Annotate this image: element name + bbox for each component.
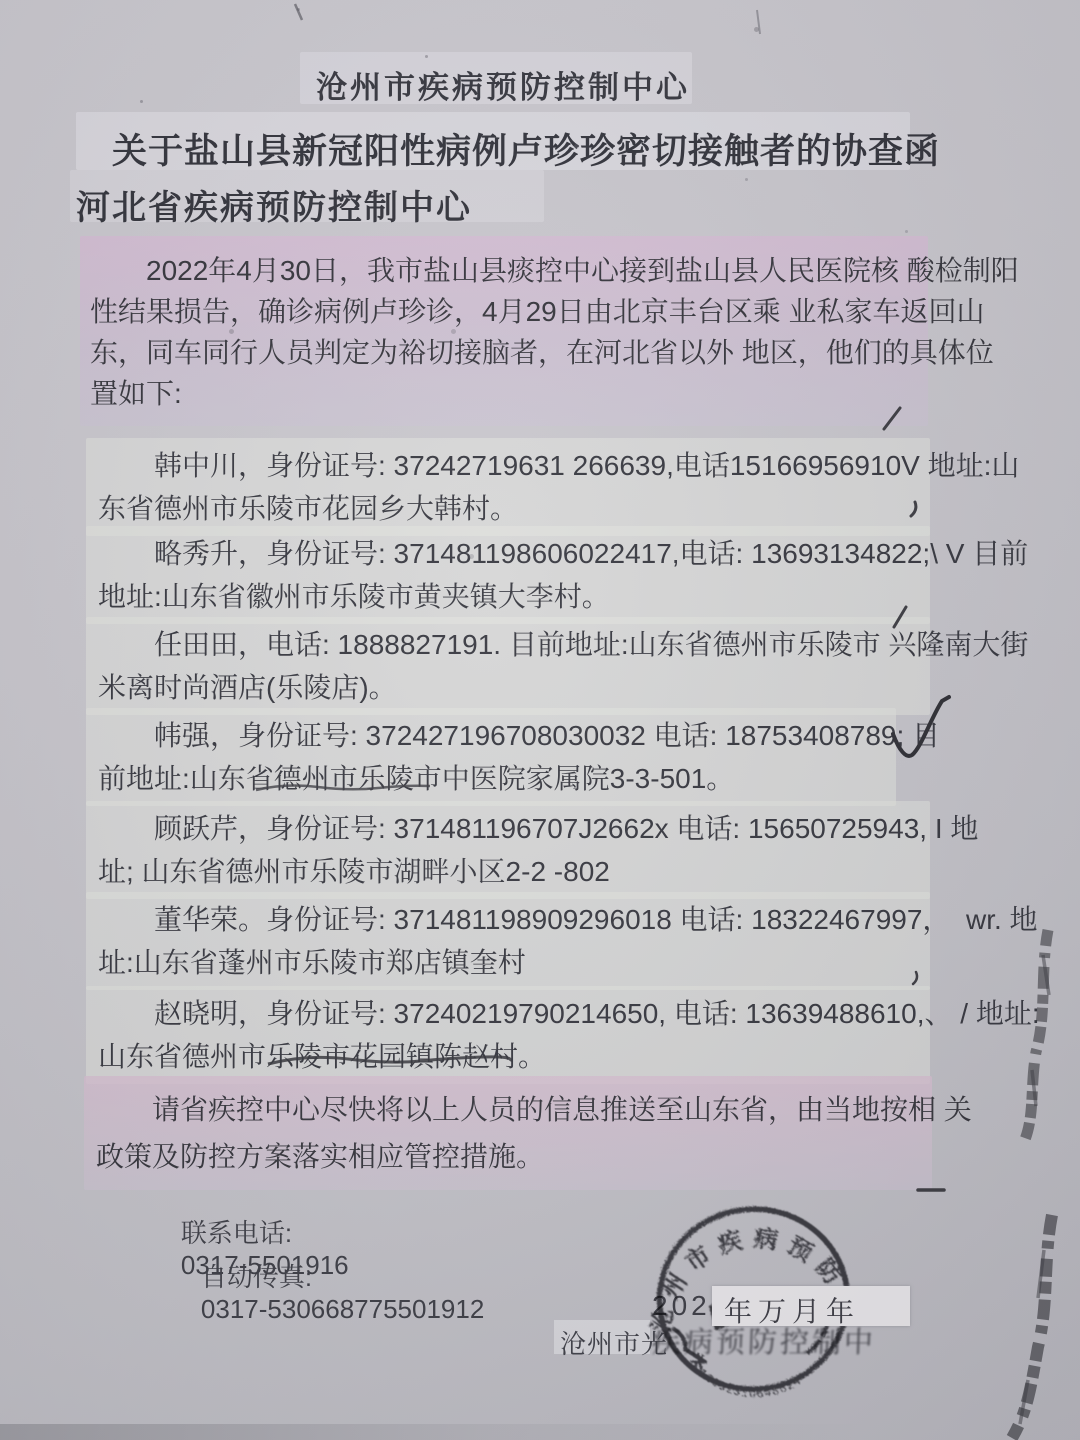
ink-smudge-right-upper — [1024, 930, 1048, 1142]
fax-line: 自动传真: 0317-530668775501912 — [172, 1226, 484, 1356]
intro-line: 性结果损告，确诊病例卢珍诊，4月29日由北京丰台区乘 业私家车返回山 — [90, 291, 918, 332]
intro-line: 东，同车同行人员判定为裕切接脑者，在河北省以外 地区，他们的具体位 — [90, 332, 918, 373]
contact-entry-3: 任田田，电话: 1888827191. 目前地址:山东省德州市乐陵市 兴隆南大街… — [86, 617, 930, 715]
recipient-line: 河北省疾病预防控制中心 — [76, 180, 472, 229]
closing-line: 政策及防控方案落实相应管控措施。 — [96, 1133, 922, 1180]
entry-line: 地址:山东省徽州市乐陵市黄夹镇大李村。 — [98, 575, 922, 618]
intro-line: 2022年4月30日，我市盐山县痰控中心接到盐山县人民医院核 酸检制阳 — [90, 250, 918, 291]
fax-value: 0317-530668775501912 — [201, 1294, 484, 1324]
entry-line: 址; 山东省德州市乐陵市湖畔小区2-2 -802 — [98, 850, 922, 893]
top-speck-2 — [757, 10, 760, 34]
stamp-serial: 13092310648624 — [695, 1358, 805, 1405]
contact-entry-1: 韩中川，身份证号: 37242719631 266639,电话151669569… — [86, 438, 930, 536]
intro-paragraph: 2022年4月30日，我市盐山县痰控中心接到盐山县人民医院核 酸检制阳 性结果损… — [80, 236, 928, 426]
entry-line: 址:山东省蓬州市乐陵市郑店镇奎村 — [98, 941, 922, 984]
document-photo: 沧州市疾病预防控制中心 关于盐山县新冠阳性病例卢珍珍密切接触者的协查函 河北省疾… — [0, 0, 1080, 1440]
entry-line: 米离时尚酒店(乐陵店)。 — [98, 666, 922, 709]
contact-entry-5: 顾跃芹，身份证号: 371481196707J2662x 电话: 1565072… — [86, 801, 930, 899]
bottom-edge-shadow — [0, 1424, 1080, 1440]
intro-line: 置如下: — [90, 373, 918, 414]
stamp-date-text: 年万月年 — [724, 1290, 860, 1330]
entry-line: 赵晓明，身份证号: 37240219790214650, 电话: 1363948… — [98, 992, 922, 1035]
entry-line: 山东省德州市乐陵市花园镇陈赵村。 — [98, 1035, 922, 1078]
org-title: 沧州市疾病预防控制中心 — [316, 62, 690, 107]
entry-line: 顾跃芹，身份证号: 371481196707J2662x 电话: 1565072… — [98, 807, 922, 850]
closing-paragraph: 请省疾控中心尽快将以上人员的信息推送至山东省，由当地按相 关 政策及防控方案落实… — [84, 1076, 932, 1190]
contact-entry-7: 赵晓明，身份证号: 37240219790214650, 电话: 1363948… — [86, 986, 930, 1084]
subject-line: 关于盐山县新冠阳性病例卢珍珍密切接触者的协查函 — [112, 124, 940, 174]
top-edge-speck — [295, 4, 302, 20]
entry-line: 董华荣。身份证号: 371481198909296018 电话: 1832246… — [98, 898, 922, 941]
entry-line: 帏强，身份证号: 372427196708030032 电话: 18753408… — [98, 714, 888, 757]
ink-smudge-right-lower — [1012, 1215, 1052, 1438]
entry-line: 东省德州市乐陵市花园乡大韩村。 — [98, 487, 922, 530]
contact-entry-2: 略秀升，身份证号: 371481198606022417,电话: 1369313… — [86, 526, 930, 624]
entry-line: 前地址:山东省德州市乐陵市中医院家属院3-3-501。 — [98, 757, 888, 800]
paper-dust-specks — [140, 100, 143, 103]
fax-label: 自动传真: — [201, 1262, 312, 1292]
contact-entry-4: 帏强，身份证号: 372427196708030032 电话: 18753408… — [86, 708, 896, 806]
entry-line: 略秀升，身份证号: 371481198606022417,电话: 1369313… — [98, 532, 922, 575]
closing-line: 请省疾控中心尽快将以上人员的信息推送至山东省，由当地按相 关 — [96, 1086, 922, 1133]
entry-line: 韩中川，身份证号: 37242719631 266639,电话151669569… — [98, 444, 922, 487]
entry-line: 任田田，电话: 1888827191. 目前地址:山东省德州市乐陵市 兴隆南大街 — [98, 623, 922, 666]
contact-entry-6: 董华荣。身份证号: 371481198909296018 电话: 1832246… — [86, 892, 930, 990]
